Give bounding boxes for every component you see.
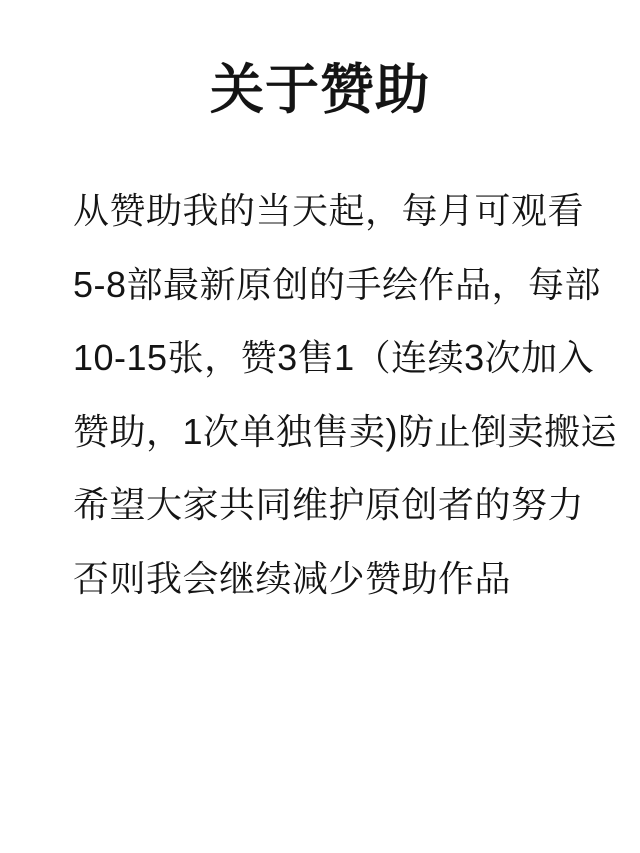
page-title: 关于赞助 [0, 56, 640, 124]
notice-line: 5-8部最新原创的手绘作品，每部 [73, 248, 610, 322]
notice-line: 希望大家共同维护原创者的努力 [73, 468, 610, 542]
notice-line: 10-15张，赞3售1（连续3次加入 [73, 321, 610, 395]
notice-body: 从赞助我的当天起，每月可观看 5-8部最新原创的手绘作品，每部 10-15张，赞… [73, 174, 610, 615]
notice-line: 从赞助我的当天起，每月可观看 [73, 174, 610, 248]
notice-page: 关于赞助 从赞助我的当天起，每月可观看 5-8部最新原创的手绘作品，每部 10-… [0, 0, 640, 853]
notice-line: 赞助，1次单独售卖)防止倒卖搬运 [73, 395, 610, 469]
notice-line: 否则我会继续减少赞助作品 [73, 542, 610, 616]
